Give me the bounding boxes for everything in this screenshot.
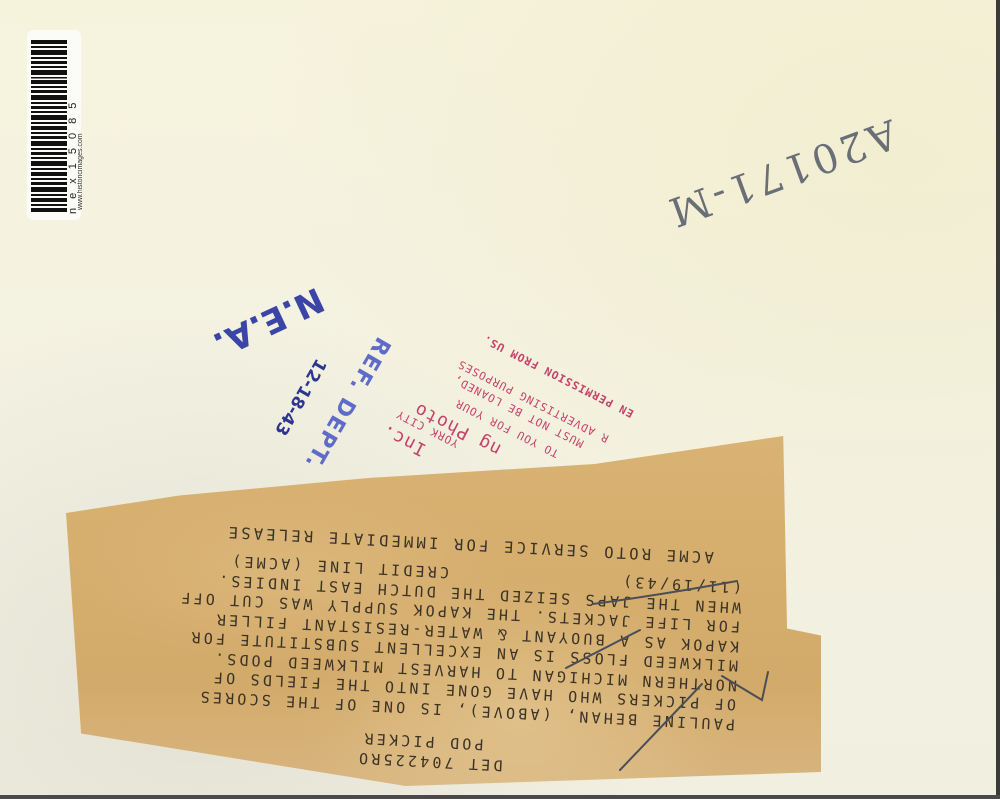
copyright-stamp: Inc. YORK CITY ng Photo TO YOU FOR YOUR … <box>380 310 660 480</box>
scan-edge-right <box>996 0 1000 799</box>
barcode-number: nex15085 <box>67 38 75 214</box>
barcode-label: nex15085 www.historicimages.com <box>27 30 81 220</box>
barcode-icon <box>31 38 67 214</box>
barcode-url: www.historicimages.com <box>77 60 84 210</box>
nea-agency: N.E.A. <box>207 279 330 365</box>
caption-text: DET 704225RO POD PICKER PAULINE BEHAN, (… <box>93 453 748 786</box>
scan-edge-bottom <box>0 795 1000 799</box>
